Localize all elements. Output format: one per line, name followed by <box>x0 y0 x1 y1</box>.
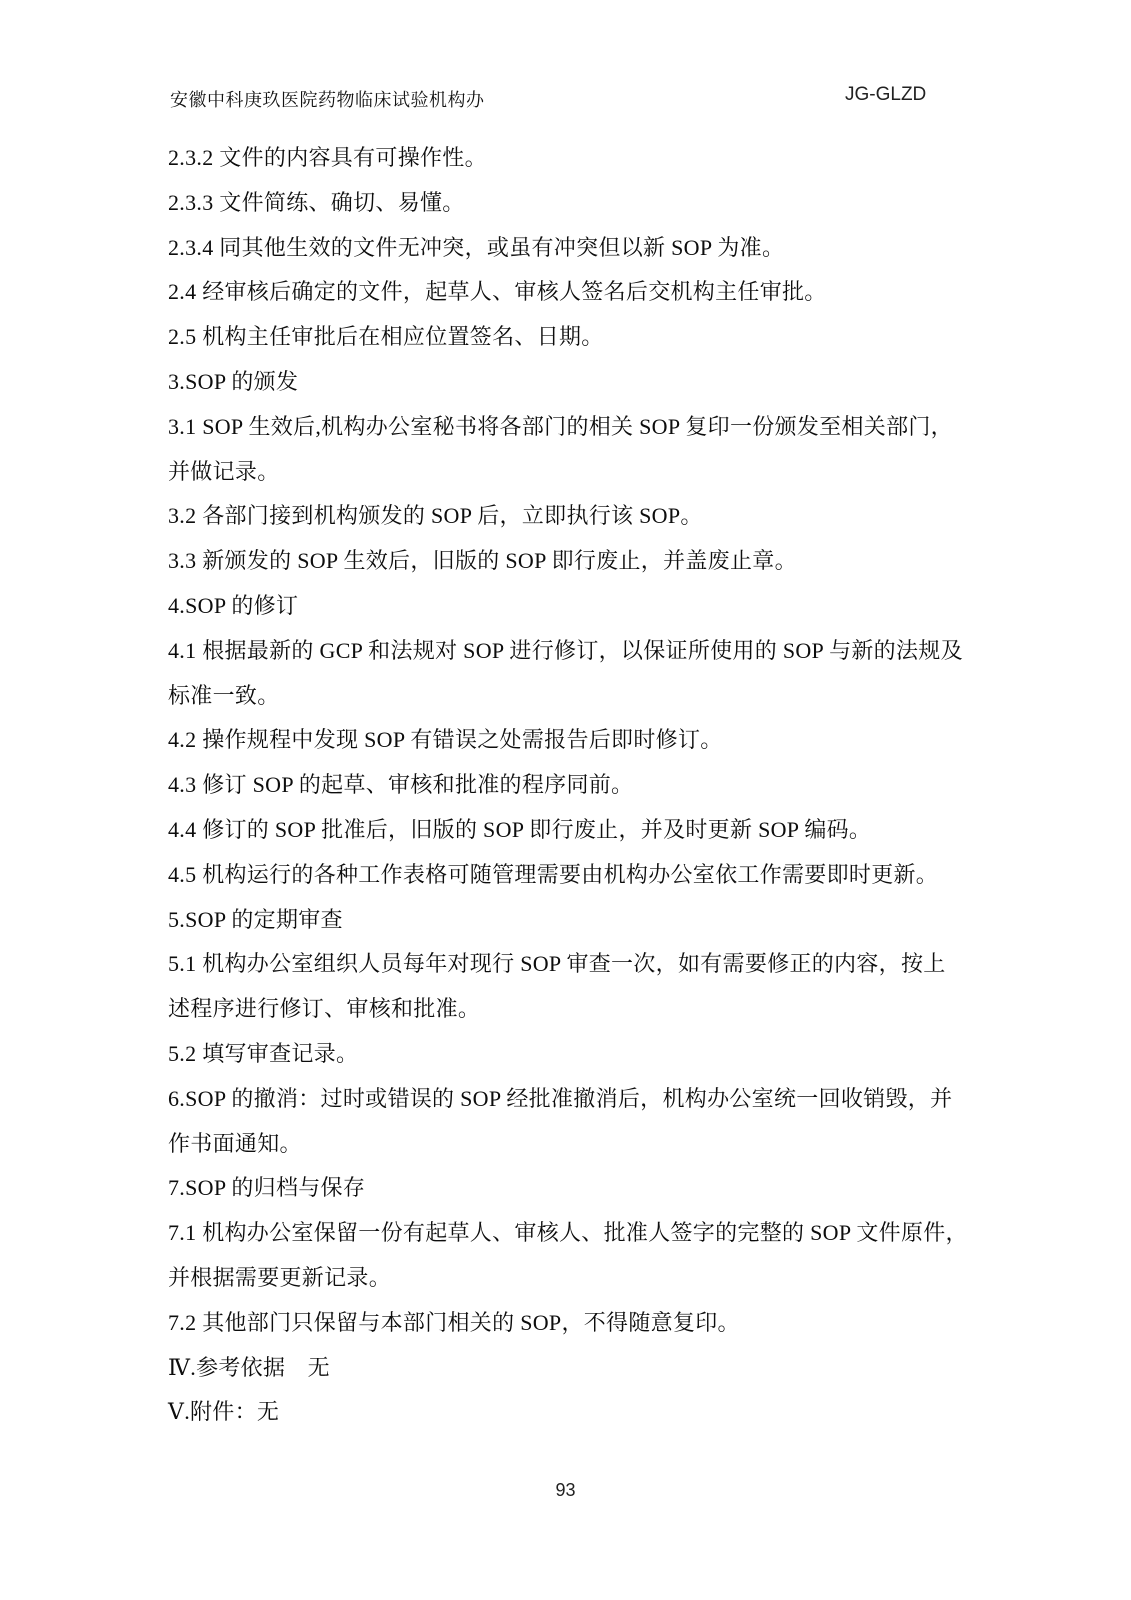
page-number: 93 <box>555 1480 575 1500</box>
paragraph-line: 5.2 填写审查记录。 <box>168 1032 1053 1077</box>
paragraph-line: 2.3.2 文件的内容具有可操作性。 <box>168 136 1053 181</box>
paragraph-line: 标准一致。 <box>168 674 1053 719</box>
paragraph-line: 7.2 其他部门只保留与本部门相关的 SOP，不得随意复印。 <box>168 1301 1053 1346</box>
paragraph-line: 作书面通知。 <box>168 1122 1053 1167</box>
paragraph-line: 4.SOP 的修订 <box>168 584 1053 629</box>
page-footer: 93 <box>0 1480 1131 1501</box>
paragraph-line: 3.3 新颁发的 SOP 生效后，旧版的 SOP 即行废止，并盖废止章。 <box>168 539 1053 584</box>
paragraph-line: 述程序进行修订、审核和批准。 <box>168 987 1053 1032</box>
paragraph-line: 4.2 操作规程中发现 SOP 有错误之处需报告后即时修订。 <box>168 718 1053 763</box>
paragraph-line: Ⅴ.附件：无 <box>168 1390 1053 1435</box>
paragraph-line: 4.3 修订 SOP 的起草、审核和批准的程序同前。 <box>168 763 1053 808</box>
paragraph-line: 5.SOP 的定期审查 <box>168 898 1053 943</box>
paragraph-line: 并根据需要更新记录。 <box>168 1256 1053 1301</box>
paragraph-line: 4.5 机构运行的各种工作表格可随管理需要由机构办公室依工作需要即时更新。 <box>168 853 1053 898</box>
paragraph-line: 2.3.4 同其他生效的文件无冲突，或虽有冲突但以新 SOP 为准。 <box>168 226 1053 271</box>
paragraph-line: 2.5 机构主任审批后在相应位置签名、日期。 <box>168 315 1053 360</box>
paragraph-line: 并做记录。 <box>168 450 1053 495</box>
paragraph-line: 4.4 修订的 SOP 批准后，旧版的 SOP 即行废止，并及时更新 SOP 编… <box>168 808 1053 853</box>
paragraph-line: 2.3.3 文件简练、确切、易懂。 <box>168 181 1053 226</box>
paragraph-line: 7.SOP 的归档与保存 <box>168 1166 1053 1211</box>
paragraph-line: 7.1 机构办公室保留一份有起草人、审核人、批准人签字的完整的 SOP 文件原件… <box>168 1211 1053 1256</box>
page-header: 安徽中科庚玖医院药物临床试验机构办 JG-GLZD <box>170 84 961 108</box>
header-org-name: 安徽中科庚玖医院药物临床试验机构办 <box>170 86 485 112</box>
paragraph-line: 3.SOP 的颁发 <box>168 360 1053 405</box>
paragraph-line: Ⅳ.参考依据 无 <box>168 1346 1053 1391</box>
paragraph-line: 6.SOP 的撤消：过时或错误的 SOP 经批准撤消后，机构办公室统一回收销毁，… <box>168 1077 1053 1122</box>
paragraph-line: 3.1 SOP 生效后,机构办公室秘书将各部门的相关 SOP 复印一份颁发至相关… <box>168 405 1053 450</box>
header-doc-code: JG-GLZD <box>845 84 926 106</box>
paragraph-line: 3.2 各部门接到机构颁发的 SOP 后，立即执行该 SOP。 <box>168 494 1053 539</box>
document-body: 2.3.2 文件的内容具有可操作性。2.3.3 文件简练、确切、易懂。2.3.4… <box>168 136 1053 1435</box>
document-page: 安徽中科庚玖医院药物临床试验机构办 JG-GLZD 2.3.2 文件的内容具有可… <box>0 0 1131 1600</box>
paragraph-line: 5.1 机构办公室组织人员每年对现行 SOP 审查一次，如有需要修正的内容，按上 <box>168 942 1053 987</box>
paragraph-line: 4.1 根据最新的 GCP 和法规对 SOP 进行修订，以保证所使用的 SOP … <box>168 629 1053 674</box>
paragraph-line: 2.4 经审核后确定的文件，起草人、审核人签名后交机构主任审批。 <box>168 270 1053 315</box>
